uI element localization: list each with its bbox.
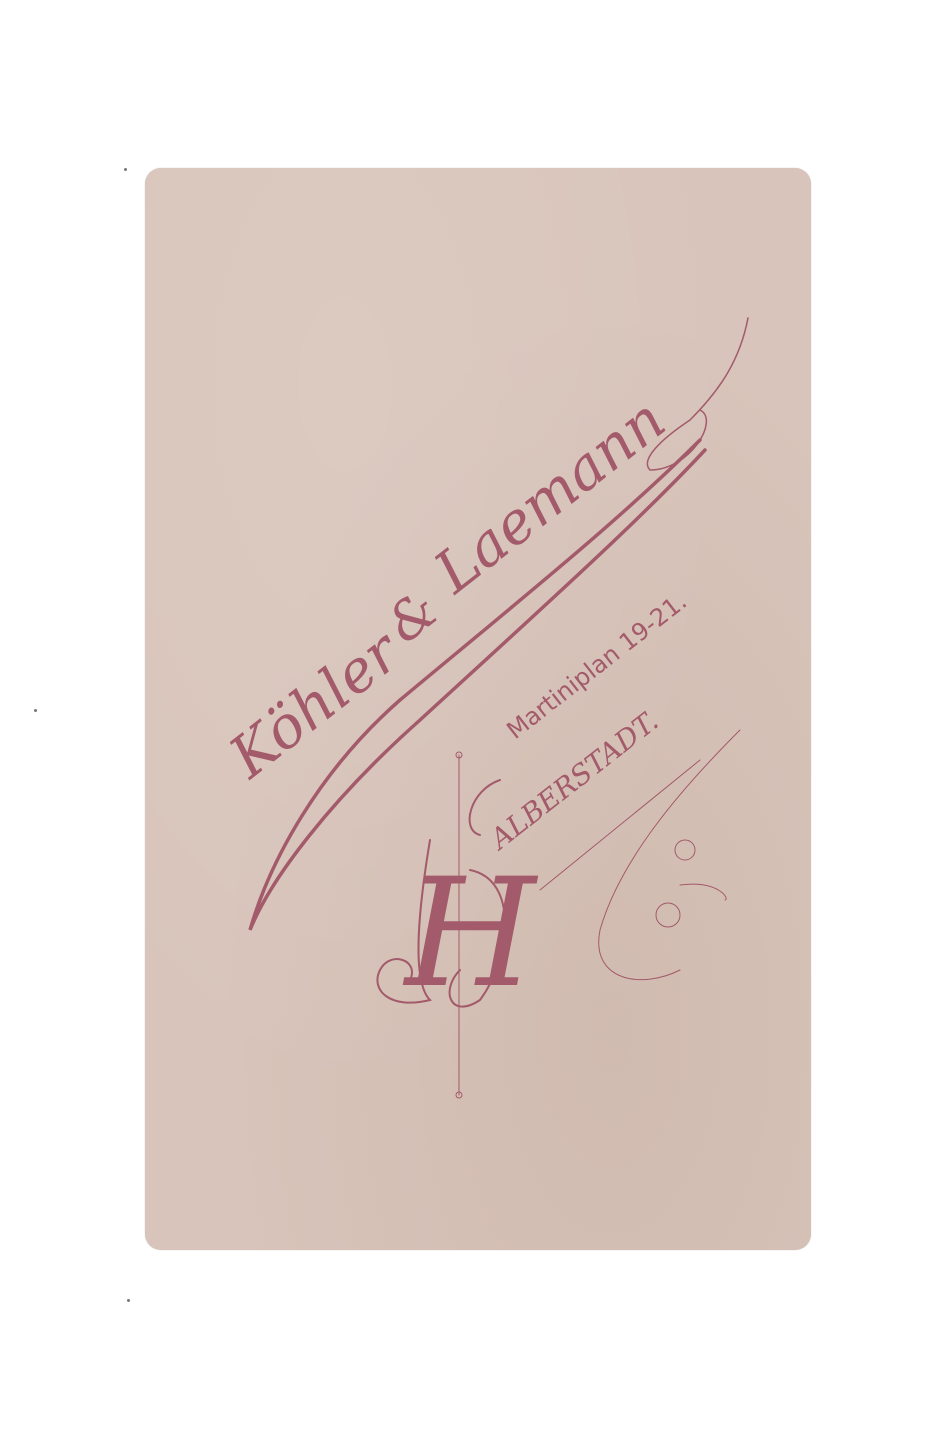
card-imprint: Köhler & Laemann Martiniplan 19-21. H AL… (0, 0, 947, 1445)
studio-name-part1: Köhler (216, 616, 415, 792)
studio-address: Martiniplan 19-21. (501, 587, 692, 745)
city-initial: H (402, 847, 539, 1021)
